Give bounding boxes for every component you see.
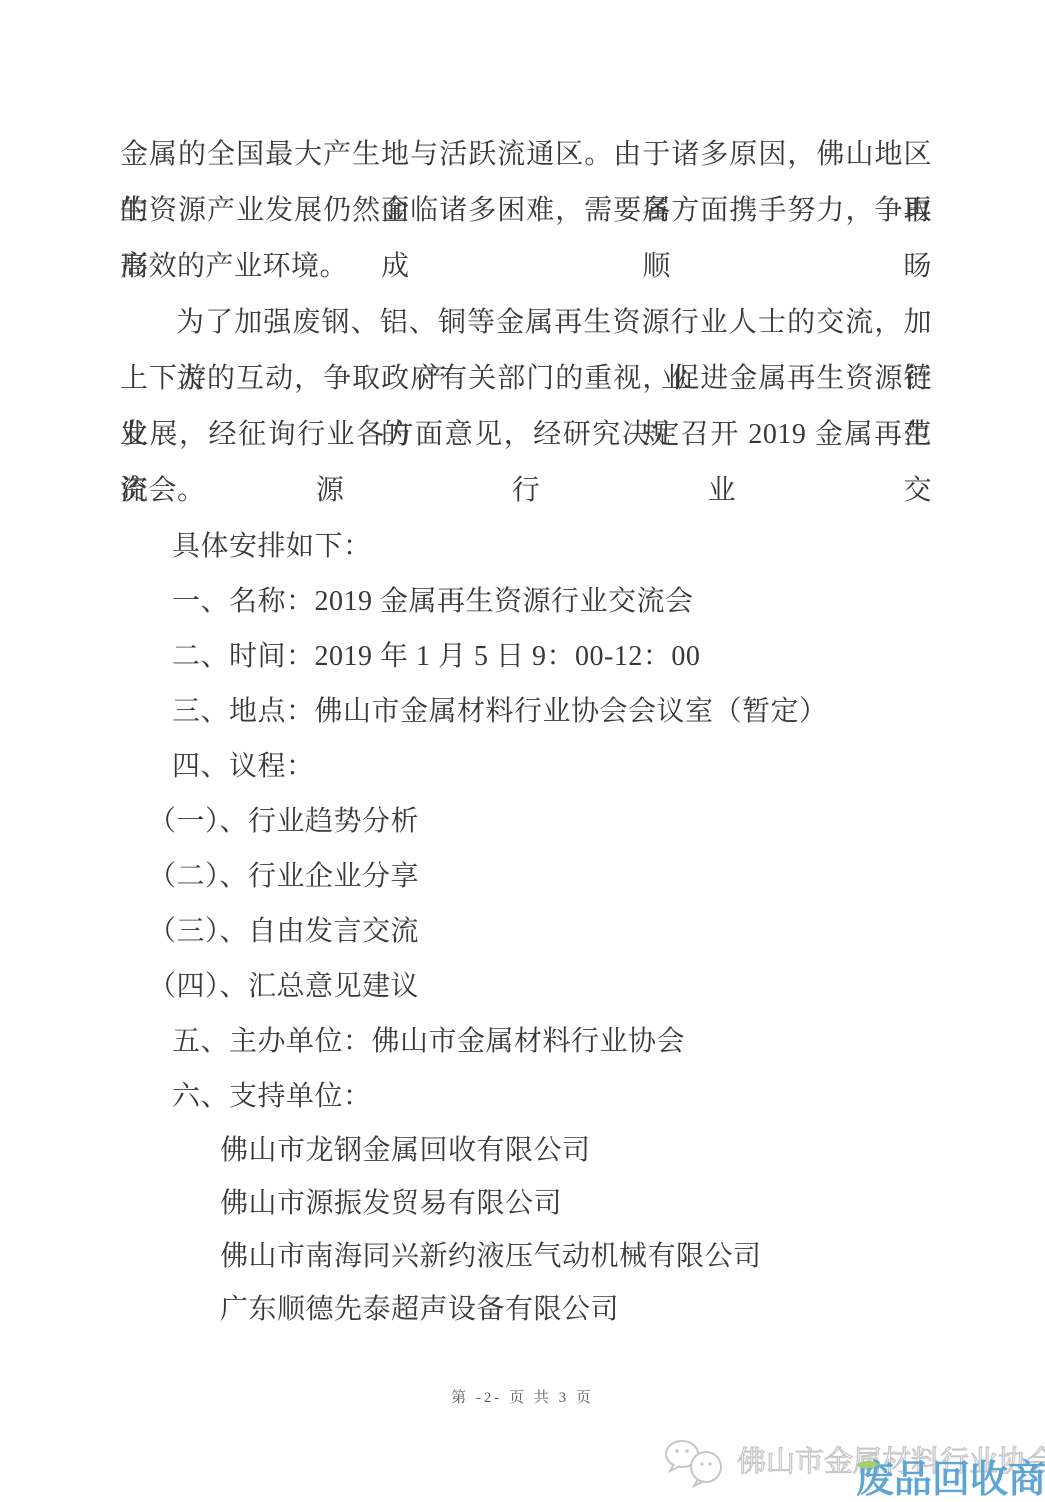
doc-line: 为了加强废钢、铝、铜等金属再生资源行业人士的交流，加大产业链 bbox=[120, 295, 932, 351]
doc-line-agenda: 四、议程： bbox=[120, 739, 932, 794]
doc-line-agenda-1: （一）、行业趋势分析 bbox=[120, 794, 932, 849]
document-page: 金属的全国最大产生地与活跃流通区。由于诸多原因，佛山地区的金属再 生资源产业发展… bbox=[0, 0, 1045, 1502]
doc-line-agenda-2: （二）、行业企业分享 bbox=[120, 849, 932, 904]
company-line: 佛山市南海同兴新约液压气动机械有限公司 bbox=[120, 1230, 932, 1283]
doc-line-name: 一、名称：2019 金属再生资源行业交流会 bbox=[120, 574, 932, 629]
doc-line-agenda-4: （四）、汇总意见建议 bbox=[120, 959, 932, 1014]
doc-line-agenda-3: （三）、自由发言交流 bbox=[120, 904, 932, 959]
doc-line: 上下游的互动，争取政府有关部门的重视，促进金属再生资源行业的规范 bbox=[120, 351, 932, 407]
company-line: 佛山市源振发贸易有限公司 bbox=[120, 1177, 932, 1230]
doc-line-support: 六、支持单位： bbox=[120, 1069, 932, 1124]
wechat-bubbles-icon bbox=[662, 1437, 736, 1497]
doc-line-location: 三、地点：佛山市金属材料行业协会会议室（暂定） bbox=[120, 684, 932, 739]
document-body: 金属的全国最大产生地与活跃流通区。由于诸多原因，佛山地区的金属再 生资源产业发展… bbox=[120, 127, 932, 1336]
doc-line: 生资源产业发展仍然面临诸多困难，需要各方面携手努力，争取形成顺旸 bbox=[120, 183, 932, 239]
site-watermark: 废品回收商 bbox=[856, 1459, 1045, 1501]
doc-line: 具体安排如下： bbox=[120, 519, 932, 574]
doc-line: 金属的全国最大产生地与活跃流通区。由于诸多原因，佛山地区的金属再 bbox=[120, 127, 932, 183]
doc-line-time: 二、时间：2019 年 1 月 5 日 9：00-12：00 bbox=[120, 629, 932, 684]
company-line: 佛山市龙钢金属回收有限公司 bbox=[120, 1124, 932, 1177]
page-number-footer: 第 -2- 页 共 3 页 bbox=[0, 1386, 1045, 1407]
doc-line: 发展，经征询行业各方面意见，经研究决定召开 2019 金属再生资源行业交 bbox=[120, 407, 932, 463]
site-watermark-text: 废品回收商 bbox=[856, 1459, 1045, 1501]
company-line: 广东顺德先泰超声设备有限公司 bbox=[120, 1283, 932, 1336]
doc-line-host: 五、主办单位：佛山市金属材料行业协会 bbox=[120, 1014, 932, 1069]
